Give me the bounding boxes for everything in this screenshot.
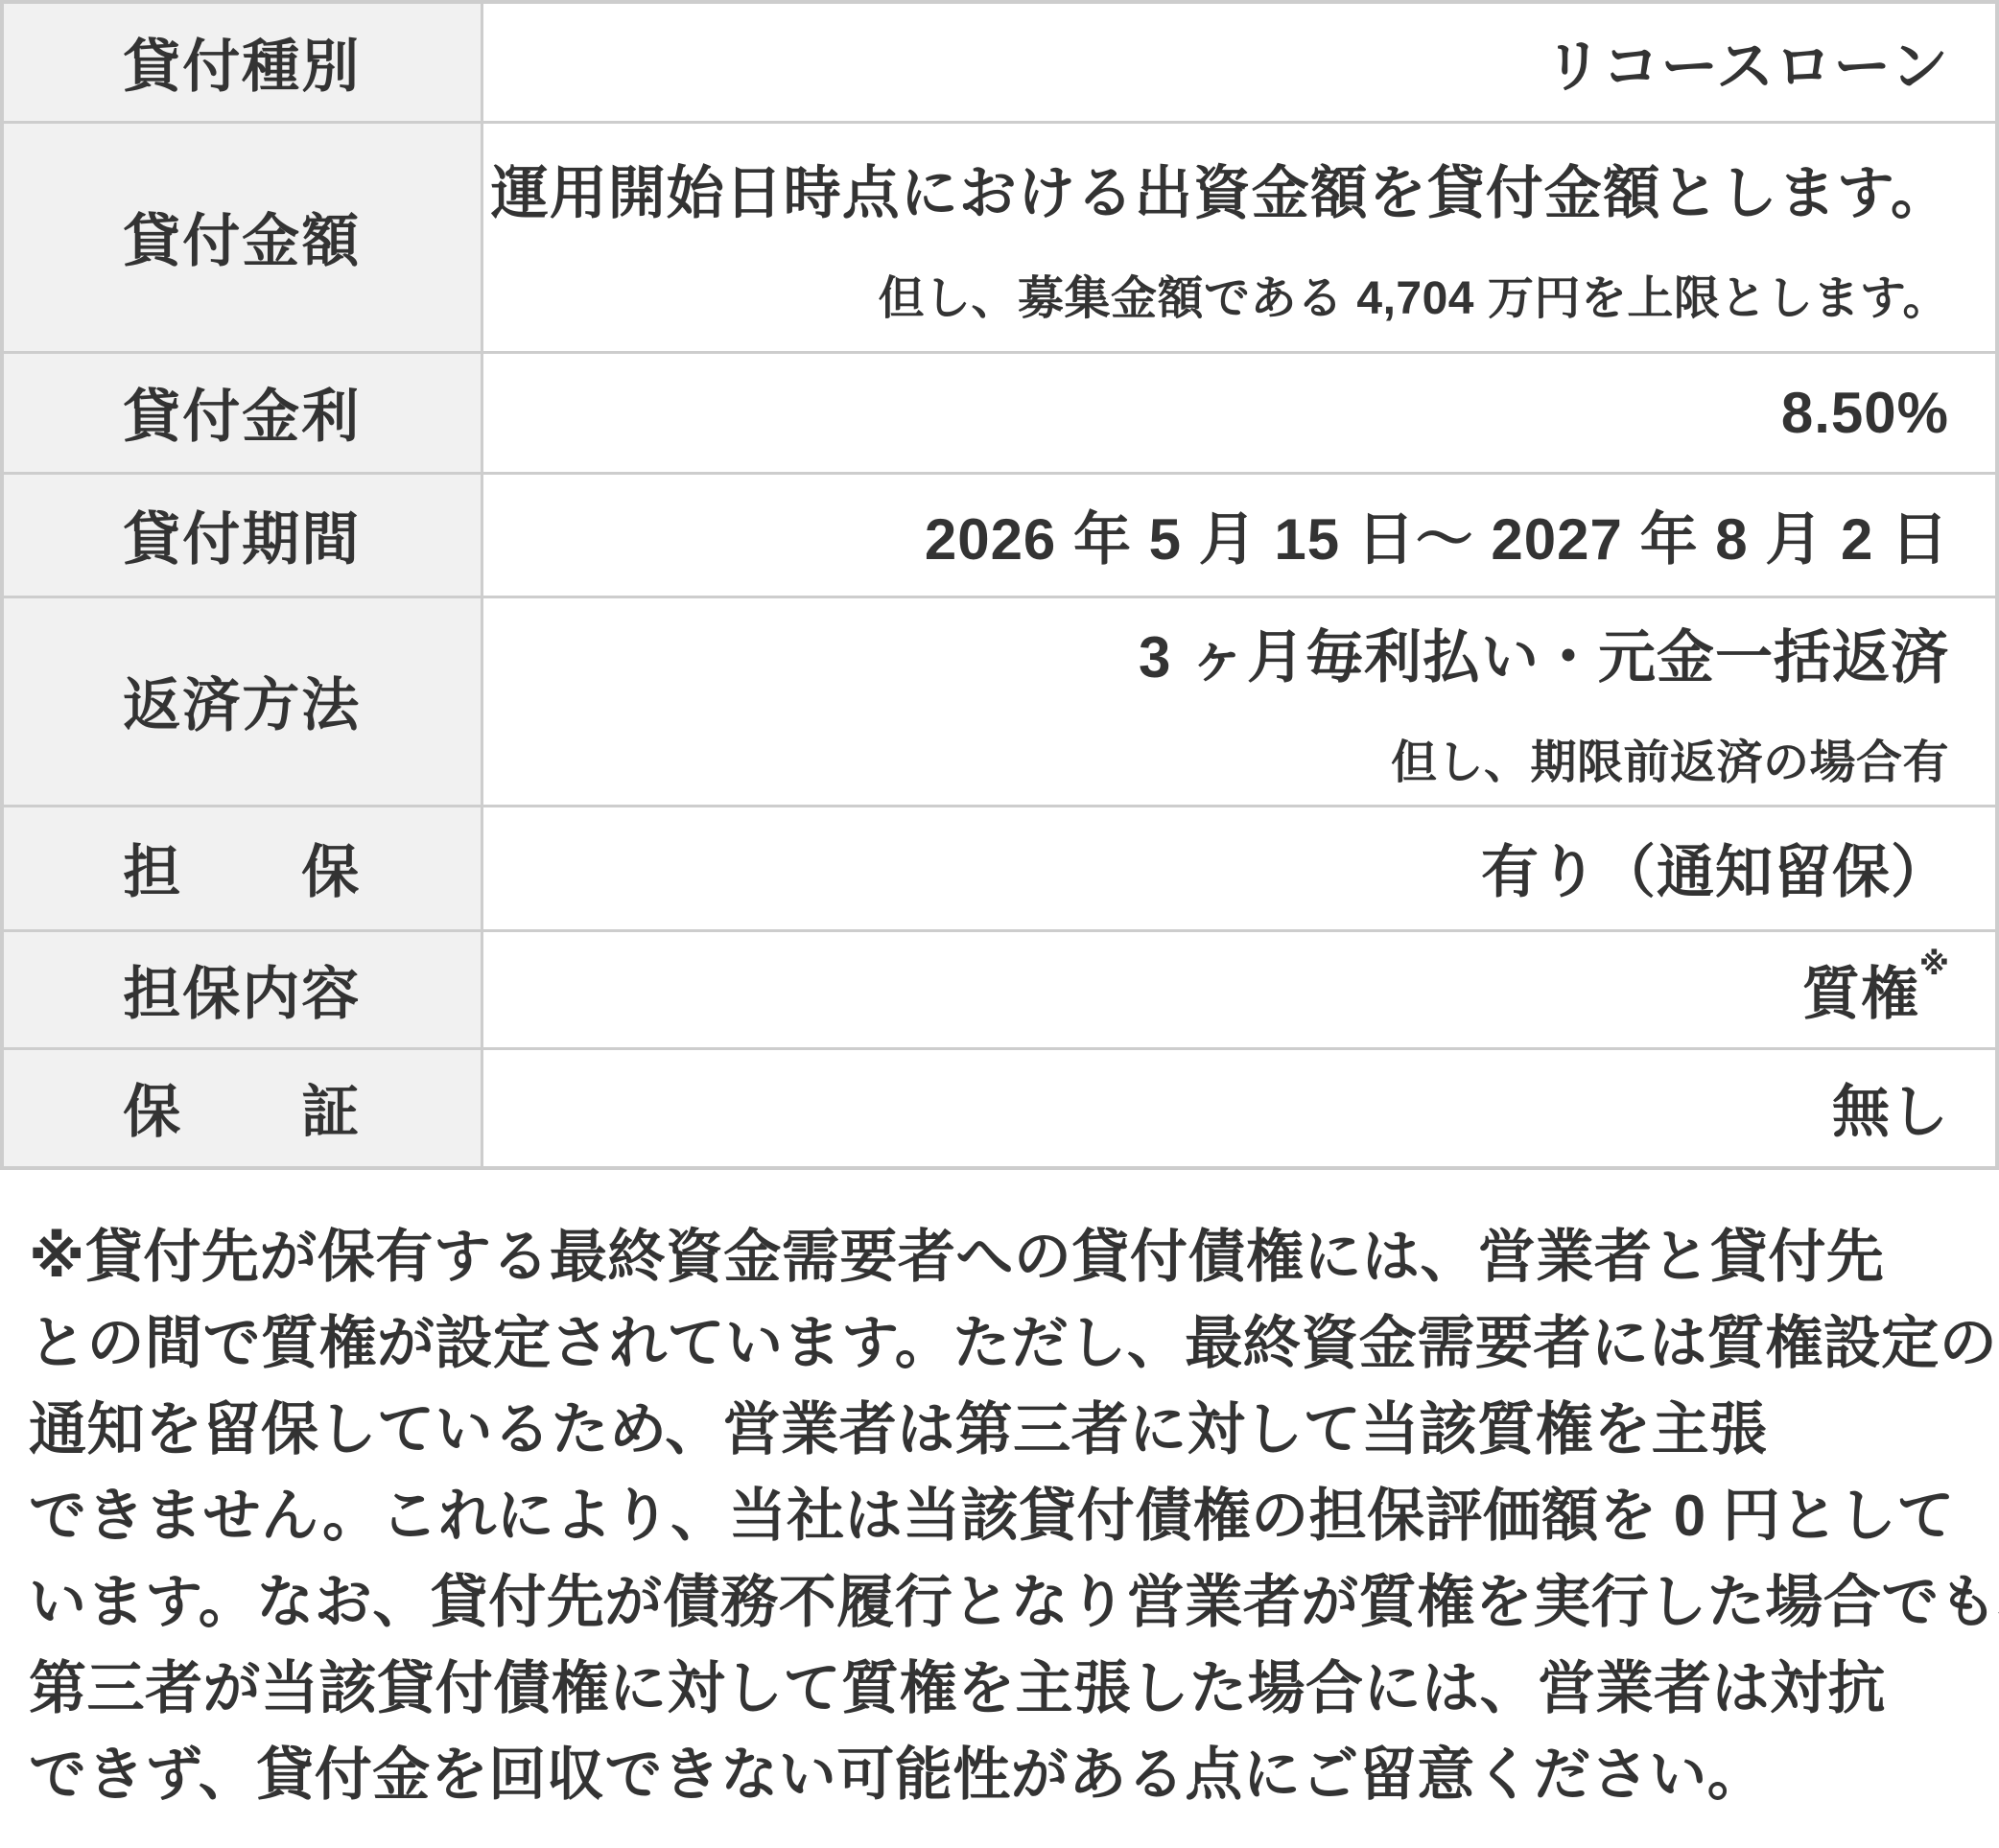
row-label-loan-period: 貸付期間 — [2, 473, 482, 597]
row-value-loan-period: 2026 年 5 月 15 日〜 2027 年 8 月 2 日 — [482, 473, 1997, 597]
value-text: 運用開始日時点における出資金額を貸付金額とします。 — [484, 148, 1950, 230]
footnote-line: との間で質権が設定されています。ただし、最終資金需要者には質権設定の — [29, 1300, 1972, 1387]
value-text: 2026 年 5 月 15 日〜 2027 年 8 月 2 日 — [484, 494, 1950, 576]
loan-terms-table: 貸付種別 リコースローン 貸付金額 運用開始日時点における出資金額を貸付金額とし… — [0, 0, 1999, 1170]
row-label-interest-rate: 貸付金利 — [2, 352, 482, 473]
row-value-loan-type: リコースローン — [482, 2, 1997, 122]
value-text: 3 ヶ月毎利払い・元金一括返済 — [484, 612, 1950, 694]
footnote-reference-marker: ※ — [1919, 947, 1949, 981]
value-text: 8.50% — [484, 380, 1950, 446]
collateral-detail-text: 質権 — [1802, 962, 1919, 1026]
row-label-repayment-method: 返済方法 — [2, 597, 482, 806]
row-value-interest-rate: 8.50% — [482, 352, 1997, 473]
row-value-collateral: 有り（通知留保） — [482, 806, 1997, 930]
row-label-loan-type: 貸付種別 — [2, 2, 482, 122]
row-value-repayment-method: 3 ヶ月毎利払い・元金一括返済 但し、期限前返済の場合有 — [482, 597, 1997, 806]
footnote: ※貸付先が保有する最終資金需要者への貸付債権には、営業者と貸付先 との間で質権が… — [0, 1170, 1999, 1818]
row-label-collateral: 担 保 — [2, 806, 482, 930]
row-value-collateral-detail: 質権※ — [482, 930, 1997, 1048]
table-row: 貸付種別 リコースローン — [2, 2, 1997, 122]
row-value-loan-amount: 運用開始日時点における出資金額を貸付金額とします。 但し、募集金額である 4,7… — [482, 122, 1997, 352]
value-subtext: 但し、期限前返済の場合有 — [484, 725, 1950, 791]
footnote-line: 第三者が当該貸付債権に対して質権を主張した場合には、営業者は対抗 — [29, 1646, 1972, 1732]
table-row: 返済方法 3 ヶ月毎利払い・元金一括返済 但し、期限前返済の場合有 — [2, 597, 1997, 806]
row-label-loan-amount: 貸付金額 — [2, 122, 482, 352]
table-row: 担保内容 質権※ — [2, 930, 1997, 1048]
table-row: 貸付金額 運用開始日時点における出資金額を貸付金額とします。 但し、募集金額であ… — [2, 122, 1997, 352]
value-text: リコースローン — [484, 21, 1950, 104]
footnote-line: 通知を留保しているため、営業者は第三者に対して当該質権を主張 — [29, 1387, 1972, 1473]
value-text: 有り（通知留保） — [484, 827, 1950, 909]
row-label-collateral-detail: 担保内容 — [2, 930, 482, 1048]
row-label-guarantee: 保 証 — [2, 1048, 482, 1168]
footnote-line: できません。これにより、当社は当該貸付債権の担保評価額を 0 円として — [29, 1473, 1972, 1559]
table-row: 貸付金利 8.50% — [2, 352, 1997, 473]
table-row: 貸付期間 2026 年 5 月 15 日〜 2027 年 8 月 2 日 — [2, 473, 1997, 597]
table-row: 保 証 無し — [2, 1048, 1997, 1168]
value-text: 質権※ — [484, 948, 1950, 1031]
footnote-line: できず、貸付金を回収できない可能性がある点にご留意ください。 — [29, 1732, 1972, 1818]
value-text: 無し — [484, 1066, 1950, 1149]
footnote-line: います。なお、貸付先が債務不履行となり営業者が質権を実行した場合でも、 — [29, 1559, 1972, 1646]
table-row: 担 保 有り（通知留保） — [2, 806, 1997, 930]
value-subtext: 但し、募集金額である 4,704 万円を上限とします。 — [484, 261, 1950, 327]
row-value-guarantee: 無し — [482, 1048, 1997, 1168]
footnote-line: ※貸付先が保有する最終資金需要者への貸付債権には、営業者と貸付先 — [29, 1214, 1972, 1300]
